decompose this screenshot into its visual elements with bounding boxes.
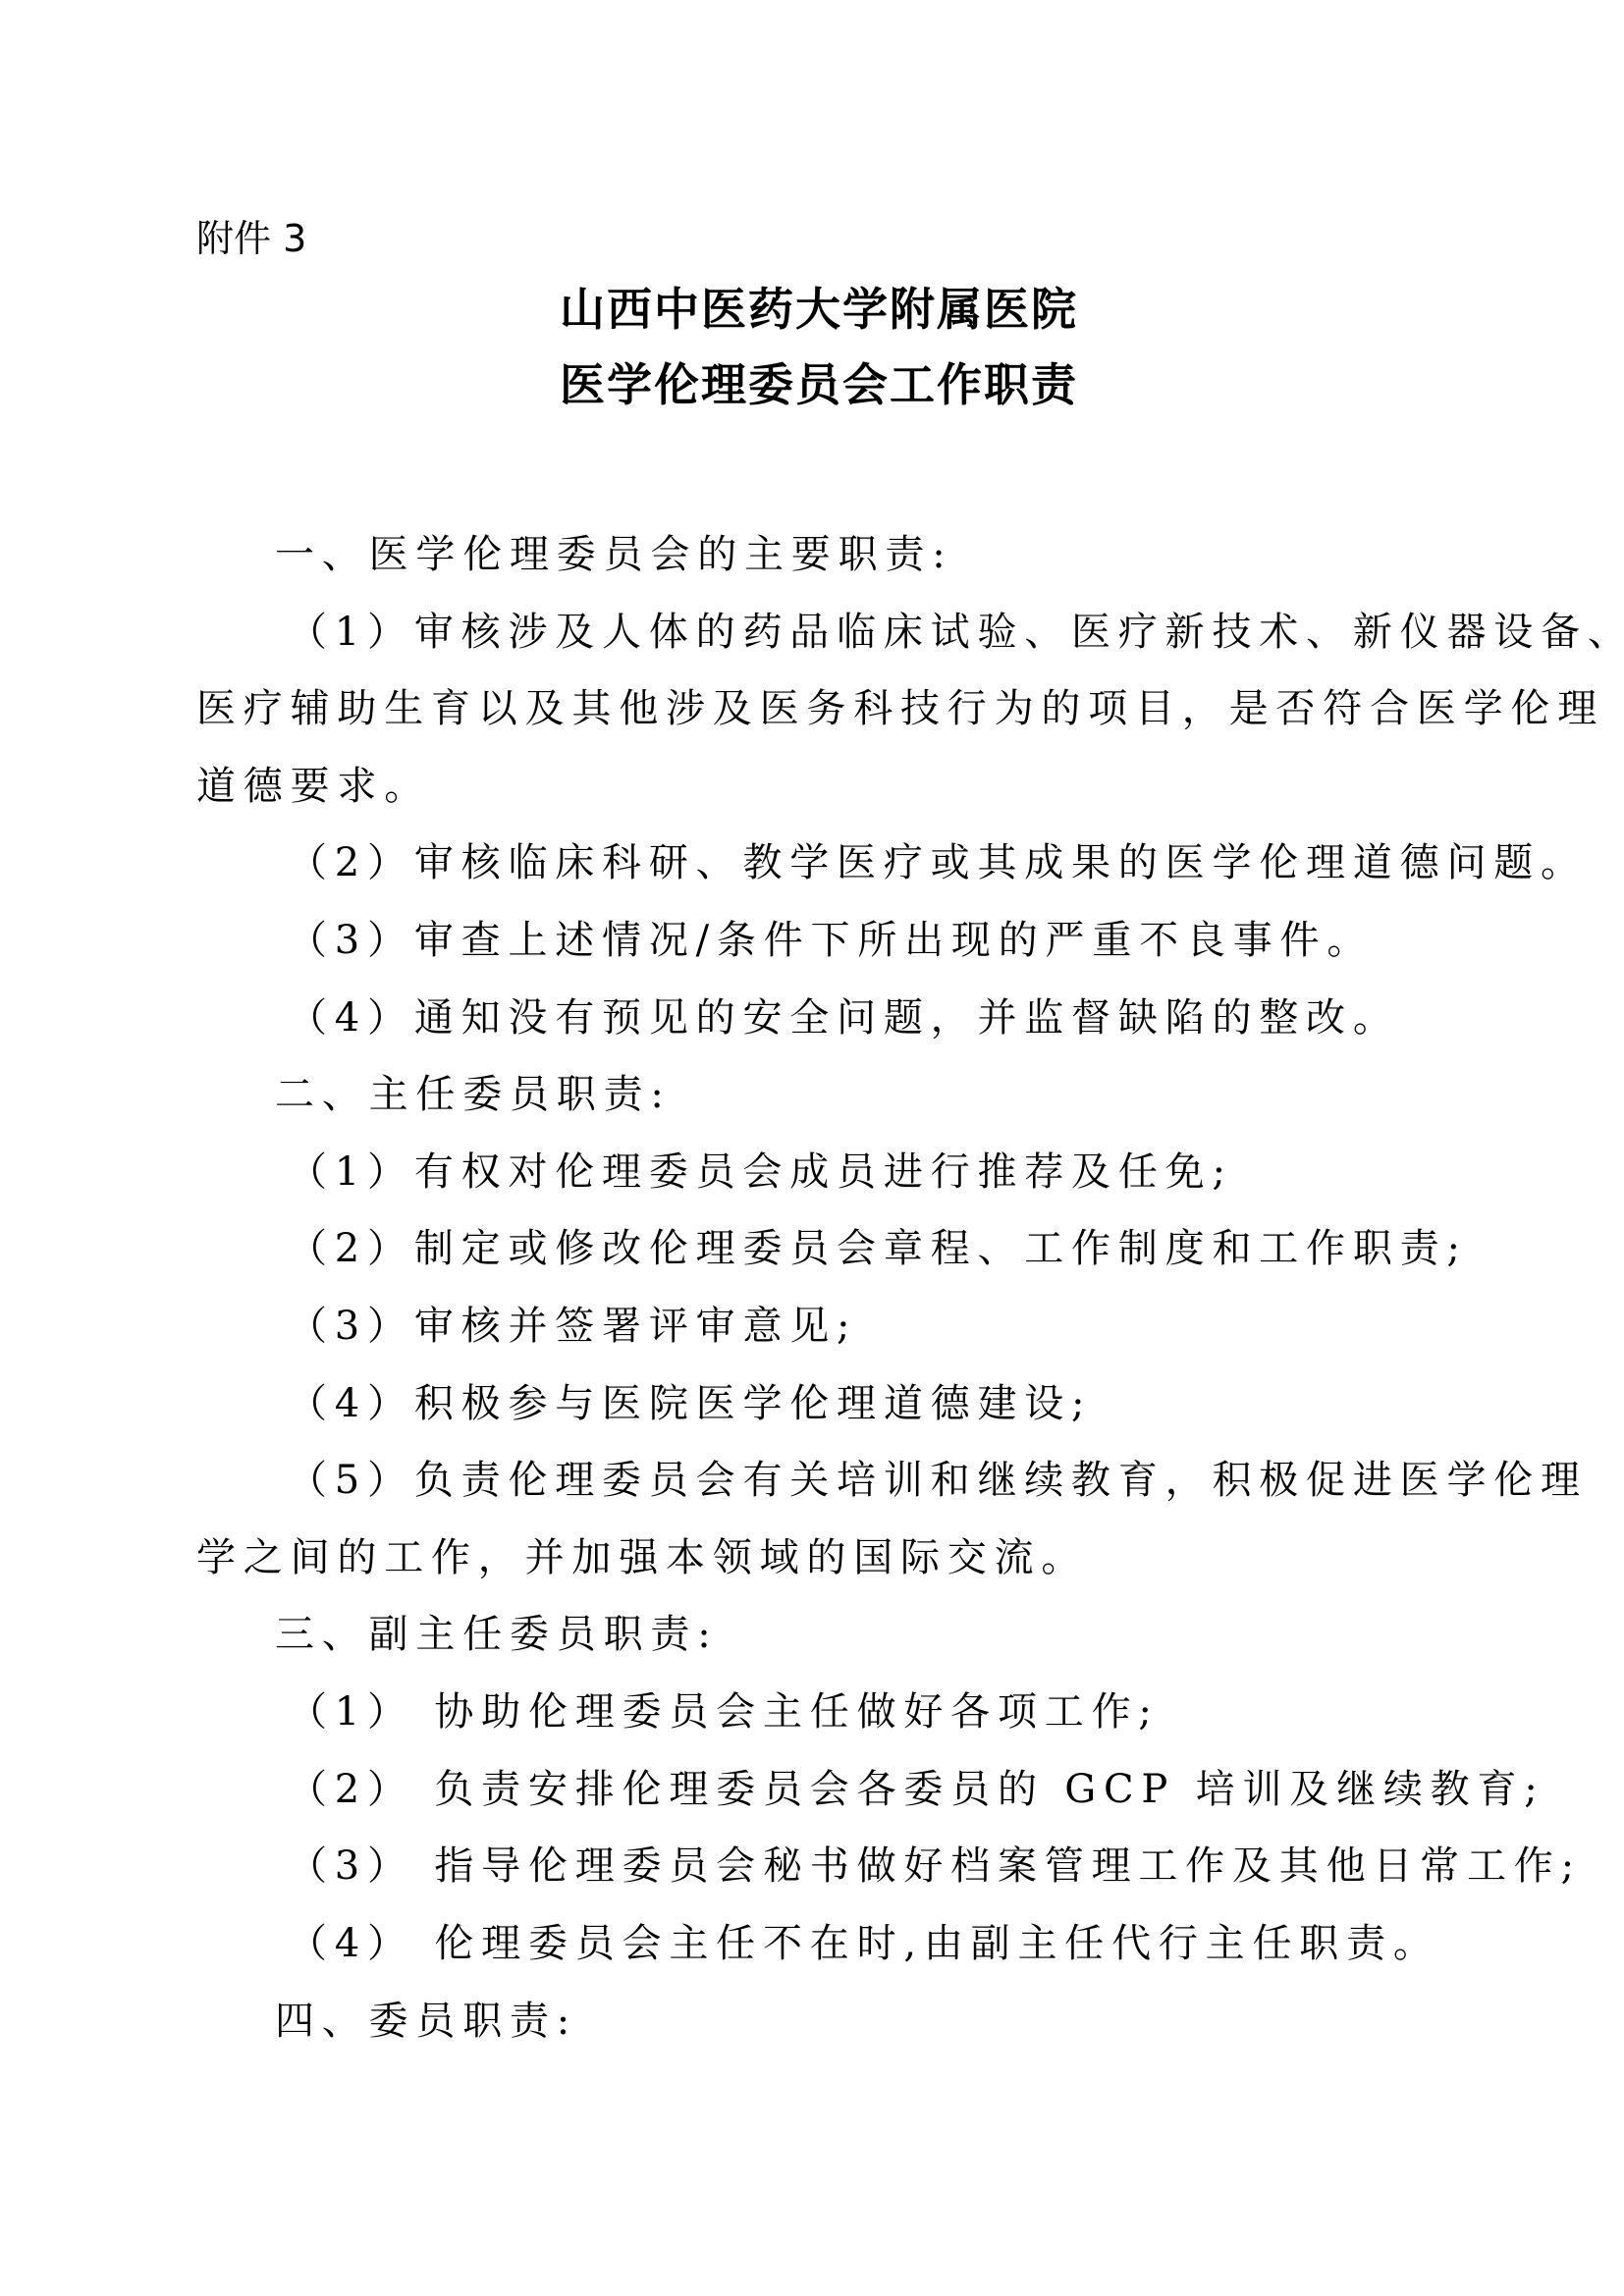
section-heading-4: 四、委员职责: [275,1998,577,2045]
section-1-item-2: （2）审核临床科研、教学医疗或其成果的医学伦理道德问题。 [288,839,1588,886]
section-heading-3: 三、副主任委员职责: [275,1611,718,1658]
document-title-line-2: 医学伦理委员会工作职责 [0,358,1624,411]
section-2-item-4: （4）积极参与医院医学伦理道德建设; [288,1380,1092,1427]
section-2-item-2: （2）制定或修改伦理委员会章程、工作制度和工作职责; [288,1225,1468,1272]
section-1-item-3: （3）审查上述情况/条件下所出现的严重不良事件。 [288,917,1374,964]
document-page: 附件 3 山西中医药大学附属医院 医学伦理委员会工作职责 一、医学伦理委员会的主… [0,0,1624,2296]
section-heading-2: 二、主任委员职责: [275,1071,672,1118]
section-3-item-1: （1） 协助伦理委员会主任做好各项工作; [288,1688,1160,1735]
section-1-item-4: （4）通知没有预见的安全问题，并监督缺陷的整改。 [288,994,1400,1041]
section-3-item-4: （4） 伦理委员会主任不在时,由副主任代行主任职责。 [288,1920,1440,1967]
section-2-item-1: （1）有权对伦理委员会成员进行推荐及任免; [288,1148,1233,1196]
section-heading-1: 一、医学伦理委员会的主要职责: [275,531,952,578]
section-1-item-1-line-3: 道德要求。 [196,763,431,810]
section-3-item-3: （3） 指导伦理委员会秘书做好档案管理工作及其他日常工作; [288,1842,1582,1890]
section-3-item-2: （2） 负责安排伦理委员会各委员的 GCP 培训及继续教育; [288,1766,1545,1813]
section-1-item-1-line-1: （1）审核涉及人体的药品临床试验、医疗新技术、新仪器设备、 [288,609,1624,656]
section-2-item-5-line-1: （5）负责伦理委员会有关培训和继续教育，积极促进医学伦理 [288,1457,1588,1504]
section-1-item-1-line-2: 医疗辅助生育以及其他涉及医务科技行为的项目，是否符合医学伦理 [196,685,1604,732]
section-2-item-3: （3）审核并签署评审意见; [288,1303,857,1350]
document-title-line-1: 山西中医药大学附属医院 [0,283,1624,336]
section-2-item-5-line-2: 学之间的工作，并加强本领域的国际交流。 [196,1534,1088,1581]
attachment-label: 附件 3 [196,216,306,261]
